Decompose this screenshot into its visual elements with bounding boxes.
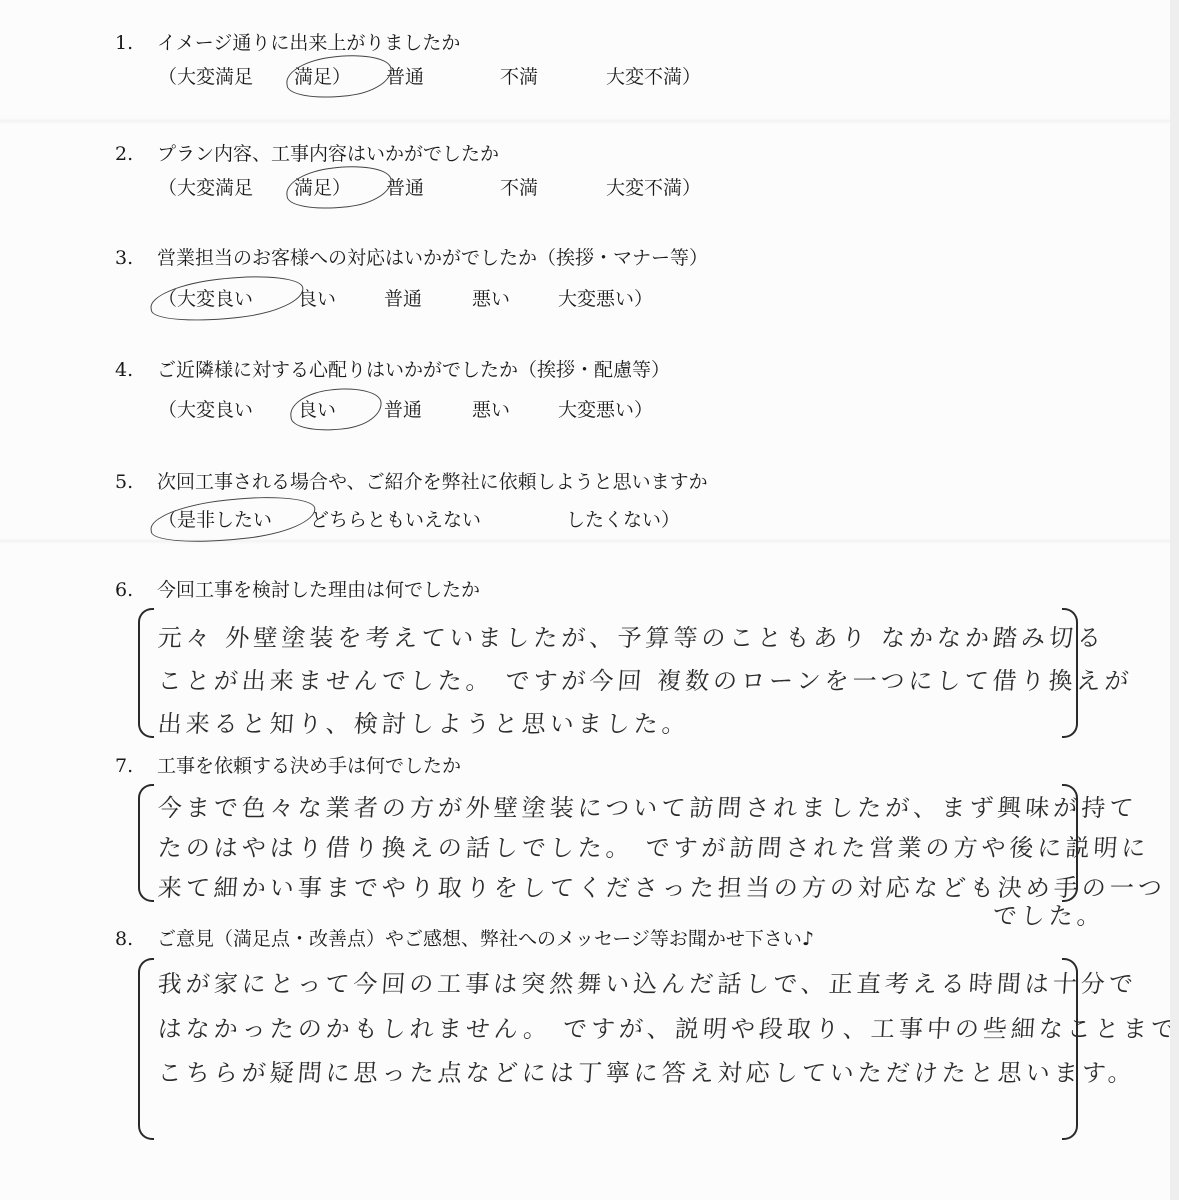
question-text: ご近隣様に対する心配りはいかがでしたか（挨拶・配慮等） — [157, 355, 670, 382]
answer-line: 出来ると知り、検討しようと思いました。 — [157, 704, 691, 739]
question-text: 工事を依頼する決め手は何でしたか — [157, 751, 461, 778]
option-neutral[interactable]: 普通 — [384, 395, 472, 422]
question-2-options: （大変満足 満足） 普通 不満 大変不満） — [158, 173, 701, 200]
question-8: 8. ご意見（満足点・改善点）やご感想、弊社へのメッセージ等お聞かせ下さい♪ — [115, 924, 814, 951]
option-very-bad[interactable]: 大変悪い） — [558, 395, 653, 422]
option-very-satisfied[interactable]: （大変満足 — [158, 173, 286, 200]
question-7-answer-box: 今まで色々な業者の方が外壁塗装について訪問されましたが、まず興味が持て たのはや… — [138, 784, 1078, 902]
answer-line: こちらが疑問に思った点などには丁寧に答え対応していただけたと思います。 — [157, 1053, 1138, 1088]
option-very-good-selected[interactable]: （大変良い — [158, 284, 298, 311]
option-satisfied-selected[interactable]: 満足） — [294, 173, 386, 200]
bracket-left — [138, 784, 154, 902]
option-very-dissatisfied[interactable]: 大変不満） — [606, 173, 701, 200]
question-text: イメージ通りに出来上がりましたか — [157, 28, 460, 55]
bracket-left — [138, 608, 154, 738]
option-dissatisfied[interactable]: 不満 — [500, 62, 606, 89]
question-6: 6. 今回工事を検討した理由は何でしたか — [115, 575, 480, 602]
question-8-answer-box: 我が家にとって今回の工事は突然舞い込んだ話しで、正直考える時間は十分で はなかっ… — [138, 958, 1078, 1140]
option-good[interactable]: 良い — [298, 284, 384, 311]
question-3-options: （大変良い 良い 普通 悪い 大変悪い） — [158, 284, 653, 311]
question-number: 8. — [115, 928, 157, 950]
question-6-answer-box: 元々 外壁塗装を考えていましたが、予算等のこともあり なかなか踏み切る ことが出… — [138, 608, 1078, 738]
question-text: プラン内容、工事内容はいかがでしたか — [157, 139, 499, 166]
question-2: 2. プラン内容、工事内容はいかがでしたか — [115, 139, 499, 166]
question-text: 今回工事を検討した理由は何でしたか — [157, 575, 480, 602]
answer-line: でした。 — [992, 896, 1106, 931]
option-good-selected[interactable]: 良い — [298, 395, 376, 422]
option-definitely-selected[interactable]: （是非したい — [158, 505, 310, 532]
option-no[interactable]: したくない） — [566, 505, 680, 532]
paper-crease — [0, 118, 1170, 124]
answer-line: たのはやはり借り換えの話しでした。 ですが訪問された営業の方や後に説明に — [157, 828, 1151, 863]
question-text: ご意見（満足点・改善点）やご感想、弊社へのメッセージ等お聞かせ下さい♪ — [157, 924, 814, 951]
option-very-good[interactable]: （大変良い — [158, 395, 298, 422]
answer-line: 我が家にとって今回の工事は突然舞い込んだ話しで、正直考える時間は十分で — [157, 964, 1138, 999]
option-neutral[interactable]: 普通 — [386, 173, 500, 200]
option-very-dissatisfied[interactable]: 大変不満） — [606, 62, 701, 89]
question-4-options: （大変良い 良い 普通 悪い 大変悪い） — [158, 395, 653, 422]
question-text: 営業担当のお客様への対応はいかがでしたか（挨拶・マナー等） — [157, 243, 708, 270]
question-number: 4. — [115, 359, 157, 381]
question-number: 6. — [115, 579, 157, 601]
question-3: 3. 営業担当のお客様への対応はいかがでしたか（挨拶・マナー等） — [115, 243, 708, 270]
question-number: 3. — [115, 247, 157, 269]
page-edge — [1170, 0, 1179, 1200]
answer-line: はなかったのかもしれません。 ですが、説明や段取り、工事中の些細なことまで — [157, 1009, 1179, 1044]
option-dissatisfied[interactable]: 不満 — [500, 173, 606, 200]
question-5-options: （是非したい どちらともいえない したくない） — [158, 505, 680, 532]
question-number: 1. — [115, 32, 157, 54]
bracket-left — [138, 958, 154, 1140]
question-text: 次回工事される場合や、ご紹介を弊社に依頼しようと思いますか — [157, 467, 708, 494]
answer-line: 今まで色々な業者の方が外壁塗装について訪問されましたが、まず興味が持て — [157, 788, 1139, 823]
question-4: 4. ご近隣様に対する心配りはいかがでしたか（挨拶・配慮等） — [115, 355, 670, 382]
question-number: 7. — [115, 755, 157, 777]
question-1: 1. イメージ通りに出来上がりましたか — [115, 28, 460, 55]
question-1-options: （大変満足 満足） 普通 不満 大変不満） — [158, 62, 701, 89]
question-7: 7. 工事を依頼する決め手は何でしたか — [115, 751, 461, 778]
option-very-bad[interactable]: 大変悪い） — [558, 284, 653, 311]
answer-line: ことが出来ませんでした。 ですが今回 複数のローンを一つにして借り換えが — [157, 661, 1134, 696]
answer-line: 元々 外壁塗装を考えていましたが、予算等のこともあり なかなか踏み切る — [157, 618, 1107, 653]
option-bad[interactable]: 悪い — [472, 284, 558, 311]
option-satisfied-selected[interactable]: 満足） — [294, 62, 386, 89]
option-neutral[interactable]: 普通 — [386, 62, 500, 89]
survey-sheet: 1. イメージ通りに出来上がりましたか （大変満足 満足） 普通 不満 大変不満… — [0, 0, 1170, 1200]
question-number: 2. — [115, 143, 157, 165]
option-bad[interactable]: 悪い — [472, 395, 558, 422]
question-5: 5. 次回工事される場合や、ご紹介を弊社に依頼しようと思いますか — [115, 467, 708, 494]
option-neutral[interactable]: 普通 — [384, 284, 472, 311]
option-undecided[interactable]: どちらともいえない — [310, 505, 566, 532]
question-number: 5. — [115, 471, 157, 493]
option-very-satisfied[interactable]: （大変満足 — [158, 62, 286, 89]
